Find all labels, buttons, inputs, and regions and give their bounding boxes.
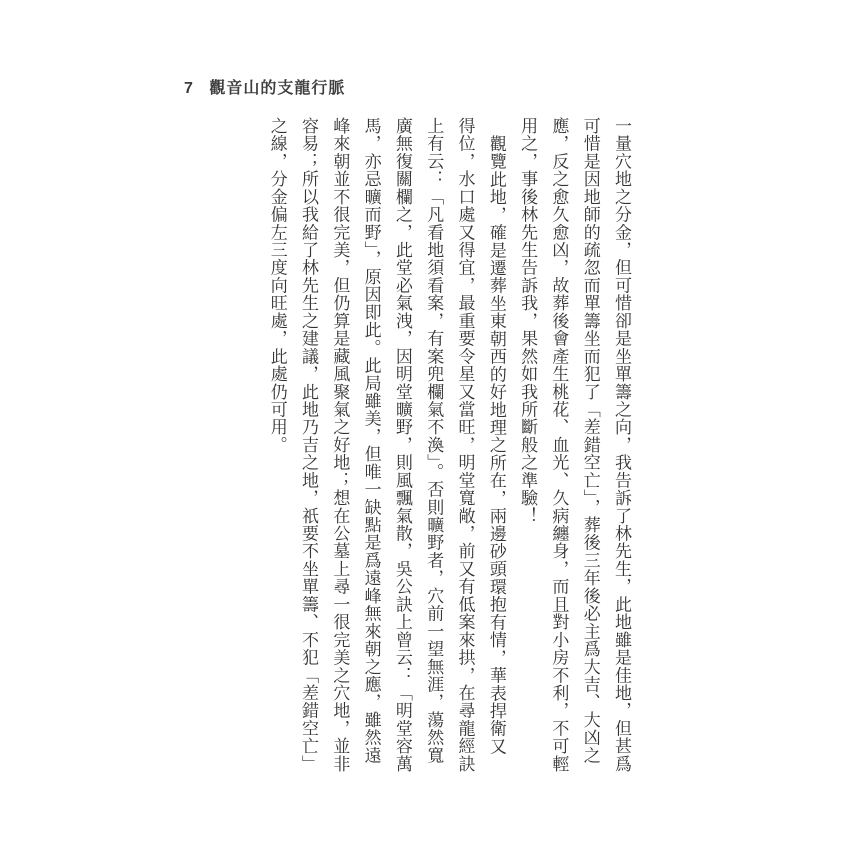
text-column-10: 峰來朝並不很完美，但仍算是藏風聚氣之好地；想在公墓上尋一很完美之穴地，並非 <box>324 117 355 773</box>
text-column-7: 上有云：「凡看地須看案，有案兜欄氣不渙」。否則曠野者，穴前一望無涯，蕩然寬 <box>418 117 449 773</box>
body-text: 一量穴地之分金，但可惜卻是坐單籌之向，我告訴了林先生，此地雖是佳地，但甚爲 可惜… <box>261 117 637 773</box>
text-column-11: 容易；所以我給了林先生之建議，此地乃吉之地，祇要不坐單籌、不犯「差錯空亡」 <box>293 117 324 773</box>
text-column-12: 之線，分金偏左三度向旺處，此處仍可用。 <box>261 117 292 773</box>
text-column-8: 廣無復關欄之，此堂必氣洩，因明堂曠野，則風飄氣散，吳公訣上曾云：「明堂容萬 <box>387 117 418 773</box>
text-column-1: 一量穴地之分金，但可惜卻是坐單籌之向，我告訴了林先生，此地雖是佳地，但甚爲 <box>606 117 637 773</box>
text-column-5: 觀覽此地，確是遷葬坐東朝西的好地理之所在，兩邊砂頭環抱有情，華表捍衛又 <box>481 117 512 773</box>
text-column-9: 馬，亦忌曠而野」，原因即此。此局雖美，但唯一缺點是爲遠峰無來朝之應，雖然遠 <box>355 117 386 773</box>
text-column-4: 用之，事後林先生告訴我，果然如我所斷般之準驗！ <box>512 117 543 773</box>
text-column-6: 得位，水口處又得宜，最重要令星又當旺，明堂寬敞，前又有低案來拱，在尋龍經訣 <box>449 117 480 773</box>
chapter-title: 觀音山的支龍行脈 <box>209 80 345 97</box>
book-page: 7 觀音山的支龍行脈 一量穴地之分金，但可惜卻是坐單籌之向，我告訴了林先生，此地… <box>0 0 850 850</box>
page-number: 7 <box>184 80 194 97</box>
text-column-3: 應，反之愈久愈凶，故葬後會產生桃花、血光、久病纏身，而且對小房不利，不可輕 <box>543 117 574 773</box>
page-header: 7 觀音山的支龍行脈 <box>184 75 345 98</box>
text-column-2: 可惜是因地師的疏忽而單籌坐而犯了「差錯空亡」，葬後三年後必主爲大吉、大凶之 <box>574 117 605 773</box>
